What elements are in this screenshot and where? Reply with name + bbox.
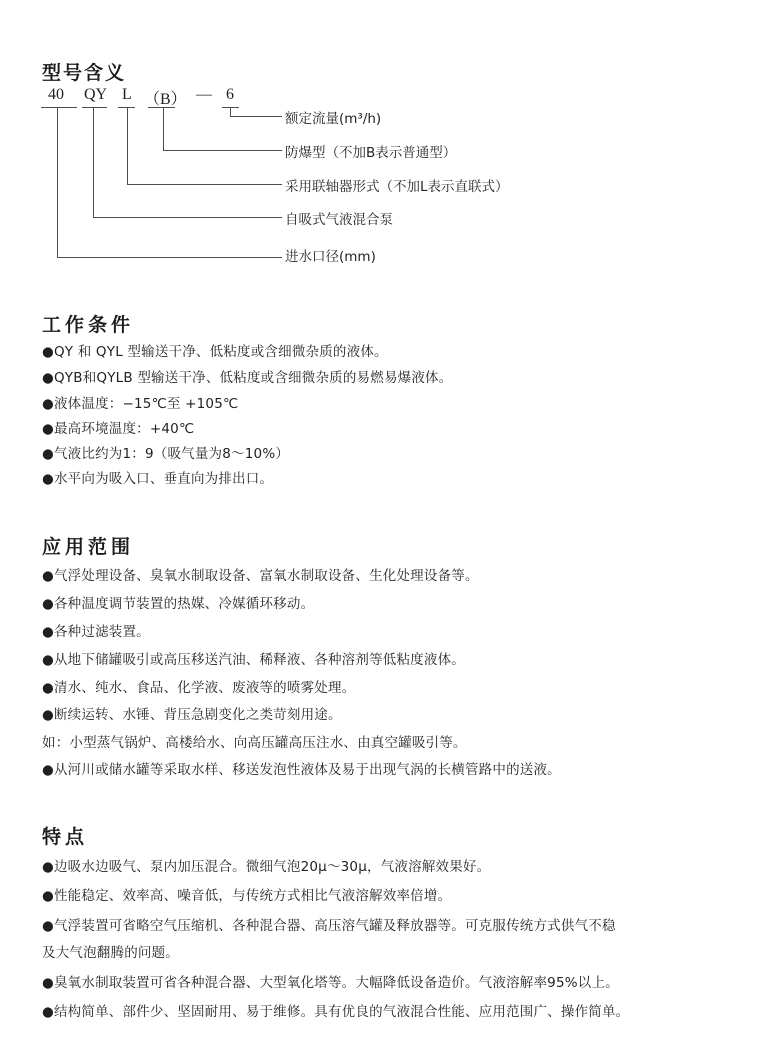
code-part-coupling: L: [122, 86, 132, 104]
label-inlet-diameter: 进水口径(mm): [285, 245, 376, 265]
list-item: ●清水、纯水、食品、化学液、废液等的喷雾处理。: [42, 676, 355, 696]
label-pump-type: 自吸式气液混合泵: [285, 208, 393, 228]
list-item: ●从地下储罐吸引或高压移送汽油、稀释液、各种溶剂等低粘度液体。: [42, 648, 465, 668]
application-scope-title: 应用范围: [42, 532, 134, 559]
list-item: ●臭氧水制取装置可省各种混合器、大型氧化塔等。大幅降低设备造价。气液溶解率95%…: [42, 971, 619, 991]
leader-v-40: [57, 107, 58, 258]
model-meaning-title: 型号含义: [42, 58, 126, 85]
working-conditions-title: 工作条件: [42, 310, 134, 337]
code-part-explosion-proof: （B）: [144, 86, 187, 109]
leader-h-l: [127, 184, 282, 185]
code-part-inlet-diameter: 40: [48, 86, 64, 104]
leader-h-6: [230, 116, 282, 117]
list-item-continuation: 及大气泡翻腾的问题。: [42, 941, 179, 961]
features-title: 特点: [42, 822, 88, 849]
list-item: ●边吸水边吸气、泵内加压混合。微细气泡20μ～30μ，气液溶解效果好。: [42, 855, 490, 875]
list-item: ●QY 和 QYL 型输送干净、低粘度或含细微杂质的液体。: [42, 340, 388, 360]
list-item-example: 如：小型蒸气锅炉、高楼给水、向高压罐高压注水、由真空罐吸引等。: [42, 731, 467, 751]
list-item: ●气浮装置可省略空气压缩机、各种混合器、高压溶气罐及释放器等。可克服传统方式供气…: [42, 914, 616, 934]
underline-40: [41, 107, 77, 108]
leader-v-b: [163, 107, 164, 151]
label-rated-flow: 额定流量(m³/h): [285, 107, 381, 127]
label-coupling-type: 采用联轴器形式（不加L表示直联式）: [285, 175, 509, 195]
underline-b: [148, 107, 175, 108]
list-item: ●各种过滤装置。: [42, 620, 150, 640]
list-item: ●QYB和QYLB 型输送干净、低粘度或含细微杂质的易燃易爆液体。: [42, 366, 452, 386]
underline-qy: [82, 107, 107, 108]
leader-h-40: [57, 257, 282, 258]
code-part-flow-rate: 6: [226, 86, 234, 104]
list-item: ●断续运转、水锤、背压急剧变化之类苛刻用途。: [42, 703, 342, 723]
leader-h-qy: [93, 217, 282, 218]
list-item: ●性能稳定、效率高、噪音低，与传统方式相比气液溶解效率倍增。: [42, 884, 451, 904]
list-item: ●从河川或储水罐等采取水样、移送发泡性液体及易于出现气涡的长横管路中的送液。: [42, 758, 561, 778]
code-part-pump-type: QY: [84, 86, 107, 104]
list-item: ●气液比约为1：9（吸气量为8～10%）: [42, 442, 289, 462]
list-item: ●最高环境温度：+40℃: [42, 417, 194, 437]
list-item: ●液体温度：−15℃至 +105℃: [42, 392, 238, 412]
leader-v-qy: [93, 107, 94, 218]
list-item: ●结构简单、部件少、坚固耐用、易于维修。具有优良的气液混合性能、应用范围广、操作…: [42, 1000, 629, 1020]
leader-h-b: [163, 150, 282, 151]
list-item: ●气浮处理设备、臭氧水制取设备、富氧水制取设备、生化处理设备等。: [42, 564, 479, 584]
list-item: ●各种温度调节装置的热媒、冷媒循环移动。: [42, 592, 314, 612]
list-item: ●水平向为吸入口、垂直向为排出口。: [42, 467, 273, 487]
label-explosion-proof: 防爆型（不加B表示普通型）: [285, 141, 456, 161]
code-part-dash: —: [196, 86, 212, 104]
leader-v-l: [127, 107, 128, 185]
